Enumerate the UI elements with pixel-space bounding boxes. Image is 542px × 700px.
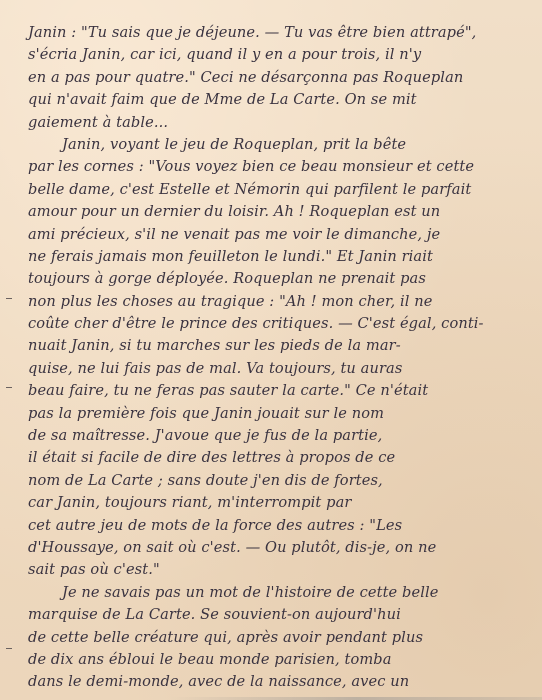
manuscript-line: dans le demi-monde, avec de la naissance… [28, 671, 540, 693]
manuscript-line: Janin : "Tu sais que je déjeune. — Tu va… [28, 22, 540, 44]
manuscript-line-paragraph-start: Janin, voyant le jeu de Roqueplan, prit … [28, 134, 540, 156]
manuscript-line: par les cornes : "Vous voyez bien ce bea… [28, 156, 540, 178]
manuscript-line: de cette belle créature qui, après avoir… [28, 627, 540, 649]
manuscript-line: marquise de La Carte. Se souvient-on auj… [28, 604, 540, 626]
manuscript-line: gaiement à table... [28, 112, 540, 134]
manuscript-line-paragraph-start: Je ne savais pas un mot de l'histoire de… [28, 582, 540, 604]
manuscript-line: nuait Janin, si tu marches sur les pieds… [28, 335, 540, 357]
margin-mark [6, 648, 12, 649]
manuscript-line: coûte cher d'être le prince des critique… [28, 313, 540, 335]
manuscript-line: de dix ans ébloui le beau monde parisien… [28, 649, 540, 671]
manuscript-line: beau faire, tu ne feras pas sauter la ca… [28, 380, 540, 402]
manuscript-line: amour pour un dernier du loisir. Ah ! Ro… [28, 201, 540, 223]
margin-mark [6, 298, 12, 299]
manuscript-line: pas la première fois que Janin jouait su… [28, 403, 540, 425]
manuscript-page: Janin : "Tu sais que je déjeune. — Tu va… [0, 0, 542, 700]
manuscript-line: ami précieux, s'il ne venait pas me voir… [28, 224, 540, 246]
manuscript-line: cet autre jeu de mots de la force des au… [28, 515, 540, 537]
manuscript-line: sait pas où c'est." [28, 559, 540, 581]
manuscript-line: belle dame, c'est Estelle et Némorin qui… [28, 179, 540, 201]
manuscript-line: quise, ne lui fais pas de mal. Va toujou… [28, 358, 540, 380]
manuscript-line: il était si facile de dire des lettres à… [28, 447, 540, 469]
manuscript-line: car Janin, toujours riant, m'interrompit… [28, 492, 540, 514]
handwritten-text-block: Janin : "Tu sais que je déjeune. — Tu va… [28, 22, 540, 694]
manuscript-line: non plus les choses au tragique : "Ah ! … [28, 291, 540, 313]
manuscript-line: d'Houssaye, on sait où c'est. — Ou plutô… [28, 537, 540, 559]
margin-mark [6, 387, 12, 388]
manuscript-line: qui n'avait faim que de Mme de La Carte.… [28, 89, 540, 111]
manuscript-line: en a pas pour quatre." Ceci ne désarçonn… [28, 67, 540, 89]
manuscript-line: s'écria Janin, car ici, quand il y en a … [28, 44, 540, 66]
manuscript-line: de sa maîtresse. J'avoue que je fus de l… [28, 425, 540, 447]
manuscript-line: ne ferais jamais mon feuilleton le lundi… [28, 246, 540, 268]
manuscript-line: toujours à gorge déployée. Roqueplan ne … [28, 268, 540, 290]
manuscript-line: nom de La Carte ; sans doute j'en dis de… [28, 470, 540, 492]
